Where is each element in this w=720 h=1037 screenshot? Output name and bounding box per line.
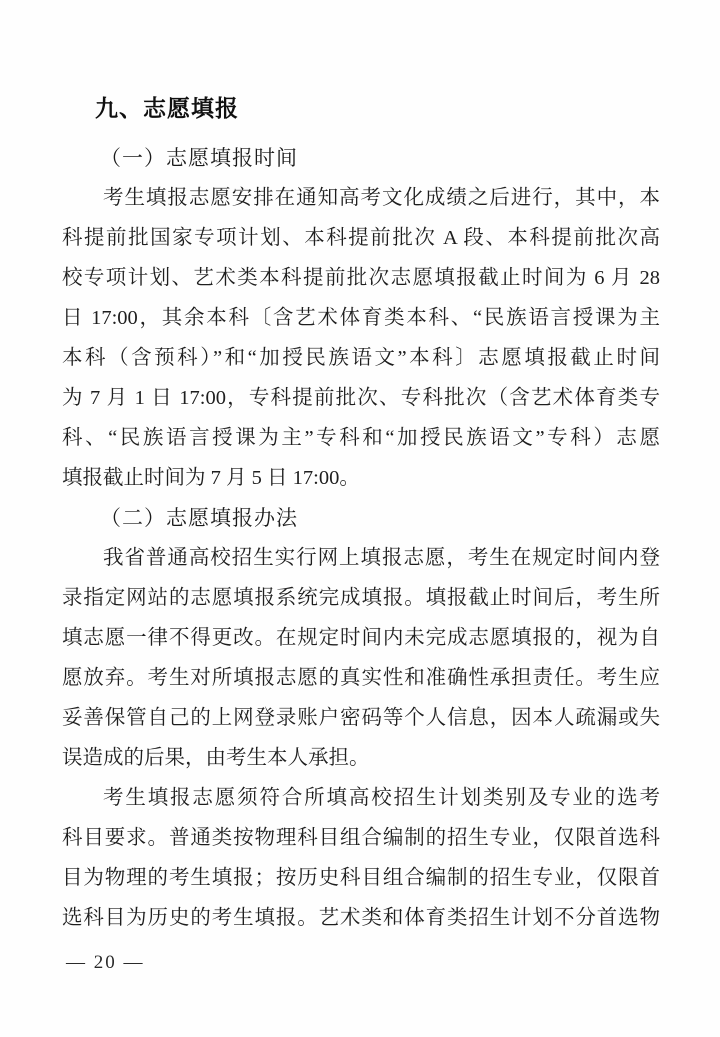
paragraph-line: 填志愿一律不得更改。在规定时间内未完成志愿填报的，视为自 — [62, 618, 660, 658]
paragraph-line: 本科（含预科）”和“加授民族语文”本科〕志愿填报截止时间 — [62, 338, 660, 378]
paragraph-line: 日 17:00，其余本科〔含艺术体育类本科、“民族语言授课为主 — [62, 298, 660, 338]
subsection-heading-2: （二）志愿填报办法 — [62, 498, 660, 538]
paragraph-line: 我省普通高校招生实行网上填报志愿，考生在规定时间内登 — [62, 538, 660, 578]
paragraph-line: 校专项计划、艺术类本科提前批次志愿填报截止时间为 6 月 28 — [62, 258, 660, 298]
paragraph-line: 考生填报志愿安排在通知高考文化成绩之后进行，其中，本 — [62, 178, 660, 218]
paragraph-line: 选科目为历史的考生填报。艺术类和体育类招生计划不分首选物 — [62, 898, 660, 938]
paragraph-line: 愿放弃。考生对所填报志愿的真实性和准确性承担责任。考生应 — [62, 658, 660, 698]
document-page: 九、志愿填报 （一）志愿填报时间 考生填报志愿安排在通知高考文化成绩之后进行，其… — [0, 0, 720, 1037]
paragraph-line: 妥善保管自己的上网登录账户密码等个人信息，因本人疏漏或失 — [62, 698, 660, 738]
paragraph-line: 为 7 月 1 日 17:00，专科提前批次、专科批次（含艺术体育类专 — [62, 378, 660, 418]
paragraph-line: 科目要求。普通类按物理科目组合编制的招生专业，仅限首选科 — [62, 818, 660, 858]
page-number: — 20 — — [66, 949, 145, 977]
section-heading: 九、志愿填报 — [62, 88, 660, 128]
paragraph-line: 录指定网站的志愿填报系统完成填报。填报截止时间后，考生所 — [62, 578, 660, 618]
paragraph-line: 考生填报志愿须符合所填高校招生计划类别及专业的选考 — [62, 778, 660, 818]
paragraph-line: 填报截止时间为 7 月 5 日 17:00。 — [62, 458, 660, 498]
paragraph-line: 目为物理的考生填报；按历史科目组合编制的招生专业，仅限首 — [62, 858, 660, 898]
paragraph-line: 科、“民族语言授课为主”专科和“加授民族语文”专科）志愿 — [62, 418, 660, 458]
paragraph-line: 误造成的后果，由考生本人承担。 — [62, 738, 660, 778]
subsection-heading-1: （一）志愿填报时间 — [62, 138, 660, 178]
paragraph-line: 科提前批国家专项计划、本科提前批次 A 段、本科提前批次高 — [62, 218, 660, 258]
document-content: 九、志愿填报 （一）志愿填报时间 考生填报志愿安排在通知高考文化成绩之后进行，其… — [62, 88, 660, 938]
